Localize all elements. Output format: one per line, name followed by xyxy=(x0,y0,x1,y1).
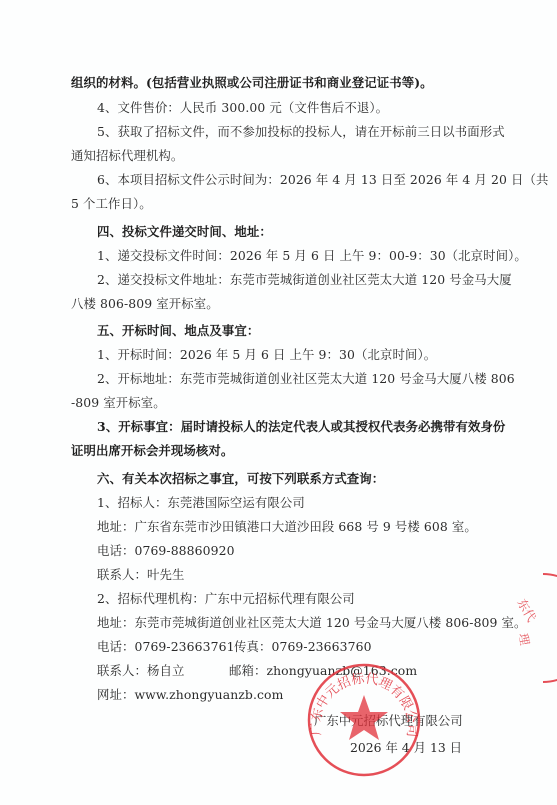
document-page: 组织的材料。(包括营业执照或公司注册证书和商业登记证书等)。 4、文件售价：人民… xyxy=(0,0,557,805)
section4-heading: 四、投标文件递交时间、地址： xyxy=(97,224,272,240)
paragraph-item-5-cont: 通知招标代理机构。 xyxy=(71,148,183,164)
agency-name: 2、招标代理机构：广东中元招标代理有限公司 xyxy=(97,591,355,607)
signature-company: 广东中元招标代理有限公司 xyxy=(314,713,463,729)
section5-item1: 1、开标时间：2026 年 5 月 6 日 上午 9：30（北京时间）。 xyxy=(97,347,436,363)
agency-fax: 传真：0769-23663760 xyxy=(234,639,372,655)
tenderer-contact: 联系人：叶先生 xyxy=(97,567,184,583)
paragraph-materials: 组织的材料。(包括营业执照或公司注册证书和商业登记证书等)。 xyxy=(71,75,433,91)
agency-phone: 电话：0769-23663761 xyxy=(97,639,235,655)
tenderer-name: 1、招标人：东莞港国际空运有限公司 xyxy=(97,495,305,511)
section5-item3: 3、开标事宜：届时请投标人的法定代表人或其授权代表务必携带有效身份 xyxy=(97,419,505,435)
agency-email: 邮箱：zhongyuanzb@163.com xyxy=(229,663,417,679)
paragraph-item-6-cont: 5 个工作日）。 xyxy=(71,196,152,212)
svg-text:理: 理 xyxy=(516,632,532,646)
section5-item2: 2、开标地址：东莞市莞城街道创业社区莞太大道 120 号金马大厦八楼 806 xyxy=(97,371,515,387)
section4-item2-cont: 八楼 806-809 室开标室。 xyxy=(71,296,219,312)
section4-item2: 2、递交投标文件地址：东莞市莞城街道创业社区莞太大道 120 号金马大厦 xyxy=(97,272,512,288)
agency-address: 地址：东莞市莞城街道创业社区莞太大道 120 号金马大厦八楼 806-809 室… xyxy=(97,615,527,631)
section4-item1: 1、递交投标文件时间：2026 年 5 月 6 日 上午 9：00-9：30（北… xyxy=(97,248,527,264)
tenderer-phone: 电话：0769-88860920 xyxy=(97,543,235,559)
paragraph-item-6: 6、本项目招标文件公示时间为：2026 年 4 月 13 日至 2026 年 4… xyxy=(97,172,548,188)
paragraph-item-4: 4、文件售价：人民币 300.00 元（文件售后不退）。 xyxy=(97,100,388,116)
agency-contact: 联系人：杨自立 xyxy=(97,663,184,679)
tenderer-address: 地址：广东省东莞市沙田镇港口大道沙田段 668 号 9 号楼 608 室。 xyxy=(97,519,477,535)
section5-heading: 五、开标时间、地点及事宜： xyxy=(97,323,259,339)
section6-heading: 六、有关本次招标之事宜，可按下列联系方式查询： xyxy=(97,471,384,487)
paragraph-item-5: 5、获取了招标文件，而不参加投标的投标人，请在开标前三日以书面形式 xyxy=(97,124,505,140)
signature-date: 2026 年 4 月 13 日 xyxy=(350,740,462,756)
section5-item2-cont: -809 室开标室。 xyxy=(71,395,166,411)
agency-website: 网址：www.zhongyuanzb.com xyxy=(97,687,283,703)
section5-item3-cont: 证明出席开标会并现场核对。 xyxy=(71,443,233,459)
